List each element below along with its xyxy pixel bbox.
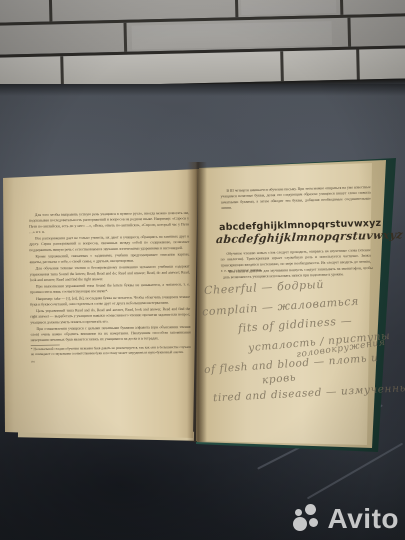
- avito-dots-icon: [293, 504, 324, 533]
- avito-dot-large: [293, 517, 307, 531]
- avito-dot-medium: [305, 504, 316, 515]
- avito-wordmark: Avito: [328, 505, 399, 533]
- avito-dot-small: [295, 509, 302, 516]
- avito-dot-tiny: [309, 518, 318, 527]
- marketplace-photo: Для того чтобы выправить устную речь уча…: [0, 0, 405, 540]
- photo-vignette: [0, 0, 405, 540]
- avito-watermark: Avito: [293, 504, 399, 533]
